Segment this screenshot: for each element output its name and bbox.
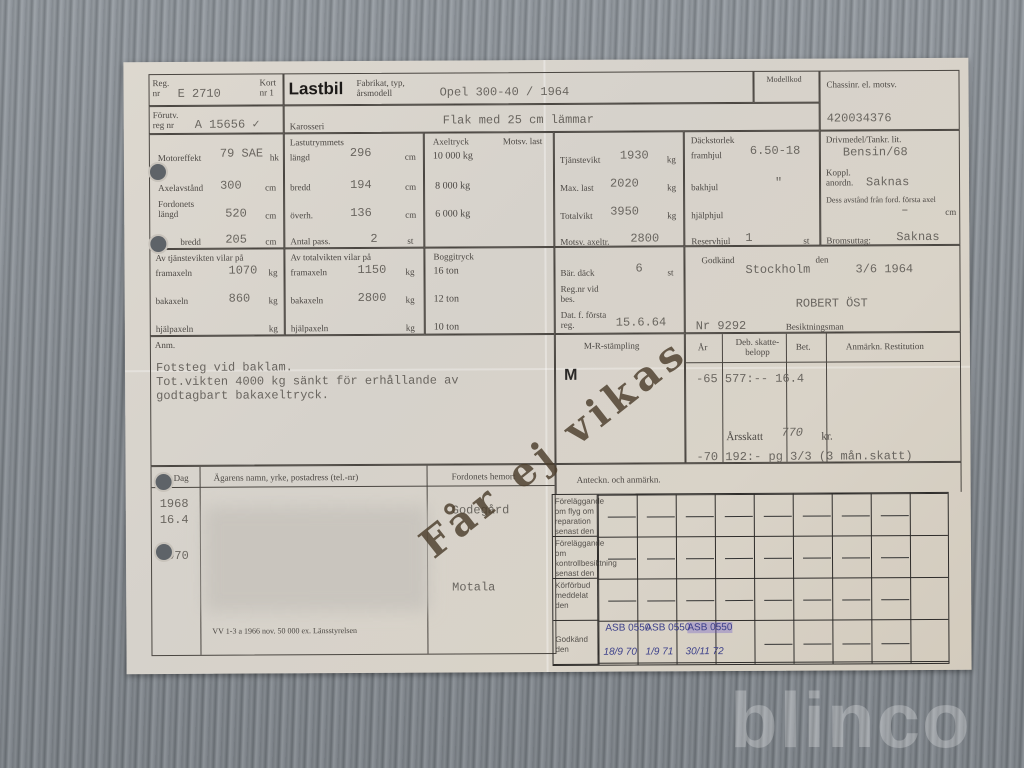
cargo-title: Lastutrymmets <box>290 137 344 147</box>
total-dist-cell: Av totalvikten vilar på framaxeln 1150 k… <box>284 248 424 336</box>
service-weight-label: Tjänstevikt <box>560 155 601 165</box>
cargo-overhang-unit: cm <box>405 210 416 220</box>
cargo-width-value: 194 <box>350 178 372 192</box>
service-front-label: framaxeln <box>155 268 192 278</box>
aux-tire-label: hjälphjul <box>691 210 723 220</box>
cargo-length-label: längd <box>290 152 310 162</box>
punch-hole <box>154 472 174 492</box>
total-weight-unit: kg <box>667 210 676 220</box>
remarks-line-1: Fotsteg vid baklam. <box>156 360 293 375</box>
inspection-stamp-1-date: 18/9 70 <box>603 647 636 658</box>
remarks-line-3: godtagbart bakaxeltryck. <box>156 388 329 403</box>
service-dist-cell: Av tjänstevikten vilar på framaxeln 1070… <box>149 248 284 336</box>
front-tire-value: 6.50-18 <box>750 144 800 158</box>
total-weight-label: Totalvikt <box>560 211 592 221</box>
maxload-value: 2020 <box>610 177 639 191</box>
remarks-line-2: Tot.vikten 4000 kg sänkt för erhållande … <box>156 373 459 389</box>
brake-label: Bromsuttag: <box>826 235 871 245</box>
distance-unit: cm <box>945 207 956 217</box>
passengers-value: 2 <box>370 232 377 246</box>
first-reg-label: Dat. f. första reg. <box>561 310 621 330</box>
rear-tire-value: " <box>775 176 782 190</box>
total-rear-label: bakaxeln <box>291 295 324 305</box>
annual-tax-value: 770 <box>781 426 803 440</box>
fuel-cell: Drivmedel/Tankr. lit. Bensin/68 Koppl. a… <box>820 130 961 246</box>
inspection-header: Anteckn. och anmärkn. <box>556 462 962 494</box>
approval-den-label: den <box>815 255 828 265</box>
reg-value: E 2710 <box>178 87 221 101</box>
bogie-cell: Boggitryck 16 ton 12 ton 10 ton <box>424 247 554 335</box>
punch-hole <box>148 234 168 254</box>
modellkod-cell: Modellkod <box>753 71 819 103</box>
axle-title: Axeltryck <box>433 136 469 146</box>
axle-row-1: 10 000 kg <box>433 151 473 161</box>
service-dist-title: Av tjänstevikten vilar på <box>155 253 243 263</box>
maxload-label: Max. last <box>560 183 594 193</box>
total-rear-value: 2800 <box>358 291 387 305</box>
cargo-cell: Lastutrymmets längd 296 cm bredd 194 cm … <box>284 133 425 249</box>
coupling-label: Koppl. anordn. <box>826 167 856 187</box>
distance-label: Dess avstånd från ford. första axel <box>826 195 956 206</box>
motor-label: Motoreffekt <box>158 153 201 163</box>
wheelbase-value: 300 <box>220 179 242 193</box>
coupling-value: Saknas <box>866 175 909 189</box>
form-footer: VV 1-3 a 1966 nov. 50 000 ex. Länsstyrel… <box>212 626 357 637</box>
remarks-label: Anm. <box>155 340 175 350</box>
brake-value: Saknas <box>896 230 939 244</box>
spare-label: Reservhjul <box>691 236 730 246</box>
body-label: Karosseri <box>290 121 325 131</box>
passengers-label: Antal pass. <box>290 236 330 246</box>
total-aux-unit: kg <box>406 323 415 333</box>
body-value: Flak med 25 cm lämmar <box>443 113 594 128</box>
owner-name-header: Ägarens namn, yrke, postadress (tel.-nr) <box>214 472 359 483</box>
width-value: 205 <box>225 233 247 247</box>
motsv-label: Motsv. last <box>503 136 542 146</box>
spare-unit: st <box>803 236 809 246</box>
weights-cell: Tjänstevikt 1930 kg Max. last 2020 kg To… <box>554 131 685 247</box>
mr-stamp-label: M-R-stämpling <box>584 341 640 351</box>
width-unit: cm <box>265 236 276 246</box>
make-label: Fabrikat, typ, årsmodell <box>356 78 436 98</box>
tire-count-cell: Bär. däck 6 st Reg.nr vid bes. Dat. f. f… <box>554 246 684 334</box>
length-value: 520 <box>225 207 247 221</box>
reg-number-cell: Reg. nr E 2710 Kort nr 1 <box>148 73 283 106</box>
service-aux-label: hjälpaxeln <box>156 324 194 334</box>
total-front-unit: kg <box>405 267 414 277</box>
chassis-value: 420034376 <box>827 111 892 125</box>
bogie-row-1: 16 ton <box>433 266 458 276</box>
fuel-label: Drivmedel/Tankr. lit. <box>826 134 902 144</box>
axle-weight-label: Motsv. axeltr. <box>560 237 609 247</box>
distance-value: – <box>901 203 908 217</box>
axle-row-3: 6 000 kg <box>435 209 470 219</box>
inspection-stamp-3-code: ASB 0550 <box>687 622 732 633</box>
prev-reg-cell: Förutv. reg nr A 15656 ✓ <box>149 105 284 134</box>
approval-label: Godkänd <box>701 255 734 265</box>
axle-cell: Axeltryck Motsv. last 10 000 kg 8 000 kg… <box>424 132 555 248</box>
total-dist-title: Av totalvikten vilar på <box>290 252 371 262</box>
owner-date-header: Dag <box>174 473 189 483</box>
inspection-stamp-1-code: ASB 0550 <box>605 622 650 633</box>
make-cell: Fabrikat, typ, årsmodell Opel 300-40 / 1… <box>283 71 753 105</box>
chassis-cell: Chassinr. el. motsv. 420034376 <box>819 70 959 131</box>
width-label: bredd <box>180 237 201 247</box>
watermark-logo: blinco <box>730 675 972 766</box>
owner-date-2: 16.4 <box>160 513 189 527</box>
tax-table: År Deb. skatte-belopp Bet. Anmärkn. Rest… <box>685 332 962 463</box>
total-front-value: 1150 <box>357 263 386 277</box>
grid-label-4: Godkänd den <box>555 635 597 655</box>
service-front-value: 1070 <box>228 264 257 278</box>
wheelbase-label: Axelavstånd <box>158 183 203 193</box>
first-reg-value: 15.6.64 <box>616 315 666 329</box>
cargo-overhang-value: 136 <box>350 206 372 220</box>
tire-count-unit: st <box>667 267 673 277</box>
annual-tax-label: Årsskatt <box>726 432 763 442</box>
bogie-row-2: 12 ton <box>434 294 459 304</box>
vehicle-registration-card: Reg. nr E 2710 Kort nr 1 Lastbil Fabrika… <box>123 58 971 674</box>
service-weight-unit: kg <box>667 154 676 164</box>
tax-notes-header: Anmärkn. Restitution <box>846 341 924 351</box>
tire-count-label: Bär. däck <box>560 268 594 278</box>
front-tire-label: framhjul <box>691 150 722 160</box>
service-aux-unit: kg <box>269 323 278 333</box>
inspection-grid: Föreläggande om flyg om reparation senas… <box>552 492 950 666</box>
inspector-label: Besiktningsman <box>786 321 844 331</box>
tax-year-header: År <box>698 342 708 352</box>
inspection-title: Anteckn. och anmärkn. <box>577 474 661 484</box>
inspection-stamp-2-date: 1/9 71 <box>645 646 673 657</box>
tax-paid-header: Bet. <box>796 342 811 352</box>
chassis-label: Chassinr. el. motsv. <box>827 79 897 89</box>
rear-tire-label: bakhjul <box>691 182 718 192</box>
grid-label-3: Körförbud meddelat den <box>555 581 597 611</box>
total-aux-label: hjälpaxeln <box>291 323 329 333</box>
tax-row-1: -65 577:-- 16.4 <box>696 372 804 387</box>
passengers-unit: st <box>407 236 413 246</box>
reg-inspect-label: Reg.nr vid bes. <box>561 284 601 304</box>
inspector-number: Nr 9292 <box>696 319 746 333</box>
grid-label-2: Föreläggande om kontrollbesiktning senas… <box>555 539 597 579</box>
reg-label: Reg. nr <box>152 78 172 98</box>
prev-reg-label: Förutv. reg nr <box>153 110 183 130</box>
owner-home-2: Motala <box>452 580 495 594</box>
cargo-length-unit: cm <box>405 152 416 162</box>
dimensions-cell: Motoreffekt 79 SAE hk Axelavstånd 300 cm… <box>149 133 285 249</box>
length-unit: cm <box>265 210 276 220</box>
approval-date: 3/6 1964 <box>855 262 913 276</box>
motor-value: 79 SAE <box>220 146 263 160</box>
bogie-row-3: 10 ton <box>434 322 459 332</box>
service-weight-value: 1930 <box>620 148 649 162</box>
tires-cell: Däckstorlek framhjul 6.50-18 bakhjul " h… <box>684 131 821 247</box>
owner-date-1: 1968 <box>160 497 189 511</box>
service-front-unit: kg <box>268 267 277 277</box>
fuel-value: Bensin/68 <box>843 145 908 159</box>
cargo-width-label: bredd <box>290 182 311 192</box>
remarks-cell: Anm. Fotsteg vid baklam. Tot.vikten 4000… <box>150 334 556 466</box>
inspector-name: ROBERT ÖST <box>796 296 868 310</box>
make-value: Opel 300-40 / 1964 <box>440 85 570 100</box>
approval-cell: Godkänd den Stockholm 3/6 1964 ROBERT ÖS… <box>684 245 960 333</box>
service-rear-unit: kg <box>269 295 278 305</box>
wheelbase-unit: cm <box>265 182 276 192</box>
motor-unit: hk <box>270 152 279 162</box>
total-rear-unit: kg <box>406 295 415 305</box>
mr-stamp-value: M <box>564 367 577 385</box>
inspection-stamp-3-date: 30/11 72 <box>685 646 723 657</box>
kort-label: Kort nr 1 <box>259 77 281 97</box>
axle-weight-value: 2800 <box>630 231 659 245</box>
cargo-length-value: 296 <box>350 146 372 160</box>
inspection-stamp-2-code: ASB 0550 <box>645 622 690 633</box>
prev-reg-value: A 15656 ✓ <box>195 117 260 132</box>
bogie-title: Boggitryck <box>433 251 474 261</box>
modellkod-label: Modellkod <box>766 75 801 85</box>
cargo-overhang-label: överh. <box>290 210 313 220</box>
maxload-unit: kg <box>667 182 676 192</box>
service-rear-label: bakaxeln <box>156 296 189 306</box>
total-weight-value: 3950 <box>610 205 639 219</box>
approval-place: Stockholm <box>745 263 810 277</box>
axle-row-2: 8 000 kg <box>435 181 470 191</box>
punch-hole <box>148 162 168 182</box>
total-front-label: framaxeln <box>290 267 327 277</box>
punch-hole <box>154 542 174 562</box>
redacted-owner-name <box>204 506 430 612</box>
length-label: Fordonets längd <box>158 199 208 219</box>
spare-value: 1 <box>745 231 752 245</box>
service-rear-value: 860 <box>229 292 251 306</box>
body-cell: Karosseri Flak med 25 cm lämmar <box>284 103 820 134</box>
tax-amount-header: Deb. skatte-belopp <box>730 337 785 357</box>
tires-title: Däckstorlek <box>691 135 735 145</box>
grid-label-1: Föreläggande om flyg om reparation senas… <box>555 497 597 537</box>
cargo-width-unit: cm <box>405 182 416 192</box>
annual-tax-unit: kr. <box>821 432 832 442</box>
tire-count-value: 6 <box>635 262 642 276</box>
